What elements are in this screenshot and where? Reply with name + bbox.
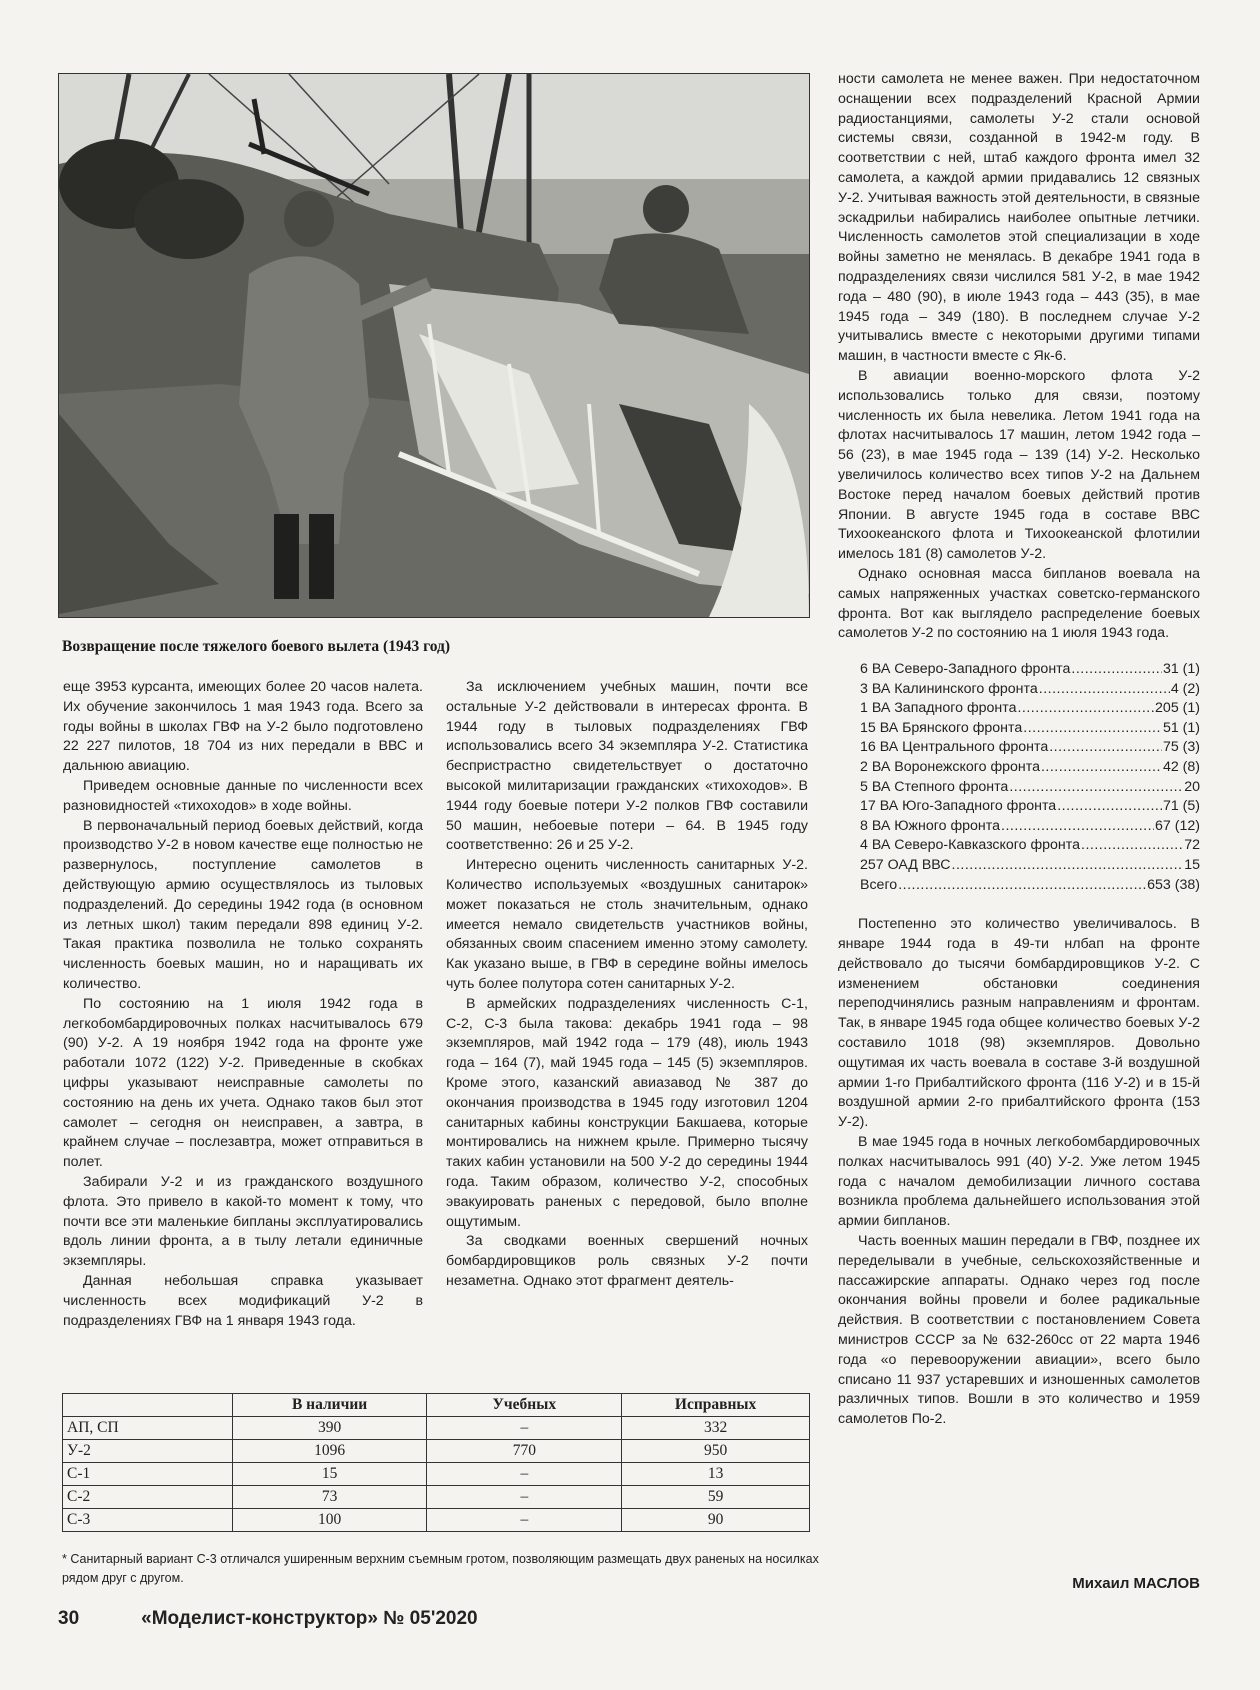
article-column-left: еще 3953 курсанта, имеющих более 20 часо… (63, 678, 423, 1331)
list-item: 6 ВА Северо-Западного фронта31 (1) (860, 660, 1200, 680)
table-cell: 332 (622, 1417, 810, 1440)
leader-dots (1081, 836, 1183, 856)
table-cell: – (427, 1417, 622, 1440)
unit-count: 20 (1184, 778, 1200, 798)
leader-dots (952, 856, 1184, 876)
paragraph: В мае 1945 года в ночных легкобомбардиро… (838, 1133, 1200, 1232)
table-cell: 100 (232, 1509, 427, 1532)
unit-count: 4 (2) (1171, 680, 1200, 700)
photo-caption: Возвращение после тяжелого боевого вылет… (62, 638, 450, 656)
unit-count: 67 (12) (1155, 817, 1200, 837)
unit-name: 8 ВА Южного фронта (860, 817, 1000, 837)
list-item: 1 ВА Западного фронта205 (1) (860, 699, 1200, 719)
article-column-middle: За исключением учебных машин, почти все … (446, 678, 808, 1292)
unit-name: 5 ВА Степного фронта (860, 778, 1008, 798)
list-item: 17 ВА Юго-Западного фронта71 (5) (860, 797, 1200, 817)
unit-name: 3 ВА Калининского фронта (860, 680, 1038, 700)
table-row: У-2 1096 770 950 (63, 1440, 810, 1463)
paragraph: За исключением учебных машин, почти все … (446, 678, 808, 856)
biplane-photo-illustration (59, 74, 809, 617)
page-number: 30 (58, 1608, 79, 1630)
list-item: 5 ВА Степного фронта20 (860, 778, 1200, 798)
page-footer: 30 «Моделист-конструктор» № 05'2020 (58, 1608, 478, 1630)
unit-name: 4 ВА Северо-Кавказского фронта (860, 836, 1080, 856)
table-cell: – (427, 1509, 622, 1532)
table-cell: 59 (622, 1486, 810, 1509)
author-signature: Михаил МАСЛОВ (1072, 1575, 1200, 1592)
leader-dots (898, 876, 1146, 896)
table-cell: 390 (232, 1417, 427, 1440)
publication-title: «Моделист-конструктор» № 05'2020 (141, 1608, 477, 1630)
table-cell: 770 (427, 1440, 622, 1463)
table-cell: У-2 (63, 1440, 233, 1463)
unit-name: Всего (860, 876, 897, 896)
leader-dots (1049, 738, 1162, 758)
list-item: 16 ВА Центрального фронта75 (3) (860, 738, 1200, 758)
paragraph: ности самолета не менее важен. При недос… (838, 70, 1200, 367)
gvf-aircraft-table: В наличии Учебных Исправных АП, СП 390 –… (62, 1393, 810, 1532)
paragraph: Приведем основные данные по численности … (63, 777, 423, 817)
list-item: 15 ВА Брянского фронта51 (1) (860, 719, 1200, 739)
unit-name: 16 ВА Центрального фронта (860, 738, 1048, 758)
unit-count: 205 (1) (1155, 699, 1200, 719)
unit-name: 257 ОАД ВВС (860, 856, 951, 876)
paragraph: В первоначальный период боевых действий,… (63, 817, 423, 995)
photo-biplane-crew (58, 73, 810, 618)
unit-count: 653 (38) (1147, 876, 1200, 896)
table-header (63, 1394, 233, 1417)
table-header: Учебных (427, 1394, 622, 1417)
table-cell: 73 (232, 1486, 427, 1509)
paragraph: Однако основная масса бипланов воевала н… (838, 565, 1200, 644)
list-item: 8 ВА Южного фронта67 (12) (860, 817, 1200, 837)
table-row: С-1 15 – 13 (63, 1463, 810, 1486)
paragraph: Постепенно это количество увеличивалось.… (838, 915, 1200, 1133)
unit-count: 75 (3) (1163, 738, 1200, 758)
unit-count: 51 (1) (1163, 719, 1200, 739)
table-cell: С-2 (63, 1486, 233, 1509)
unit-name: 17 ВА Юго-Западного фронта (860, 797, 1056, 817)
table-row: С-3 100 – 90 (63, 1509, 810, 1532)
paragraph: По состоянию на 1 июля 1942 года в легко… (63, 995, 423, 1173)
list-item-total: Всего653 (38) (860, 876, 1200, 896)
paragraph: Интересно оценить численность санитарных… (446, 856, 808, 995)
leader-dots (1057, 797, 1162, 817)
u2-distribution-list: 6 ВА Северо-Западного фронта31 (1) 3 ВА … (860, 660, 1200, 895)
paragraph: В армейских подразделениях численность С… (446, 995, 808, 1233)
table-row: АП, СП 390 – 332 (63, 1417, 810, 1440)
table-cell: 13 (622, 1463, 810, 1486)
table-cell: 1096 (232, 1440, 427, 1463)
table-header: Исправных (622, 1394, 810, 1417)
unit-count: 72 (1184, 836, 1200, 856)
table-header-row: В наличии Учебных Исправных (63, 1394, 810, 1417)
list-item: 3 ВА Калининского фронта4 (2) (860, 680, 1200, 700)
leader-dots (1017, 699, 1154, 719)
list-item: 4 ВА Северо-Кавказского фронта72 (860, 836, 1200, 856)
unit-count: 71 (5) (1163, 797, 1200, 817)
table-cell: 15 (232, 1463, 427, 1486)
table-cell: – (427, 1463, 622, 1486)
table-cell: С-3 (63, 1509, 233, 1532)
table-cell: 950 (622, 1440, 810, 1463)
unit-name: 15 ВА Брянского фронта (860, 719, 1022, 739)
leader-dots (1041, 758, 1162, 778)
paragraph: Часть военных машин передали в ГВФ, позд… (838, 1232, 1200, 1430)
table-cell: – (427, 1486, 622, 1509)
table-cell: АП, СП (63, 1417, 233, 1440)
list-item: 2 ВА Воронежского фронта42 (8) (860, 758, 1200, 778)
leader-dots (1023, 719, 1162, 739)
unit-count: 31 (1) (1163, 660, 1200, 680)
leader-dots (1071, 660, 1162, 680)
table-cell: 90 (622, 1509, 810, 1532)
table-footnote: * Санитарный вариант С-3 отличался ушире… (62, 1550, 822, 1588)
article-column-right: ности самолета не менее важен. При недос… (838, 70, 1200, 1430)
leader-dots (1039, 680, 1170, 700)
unit-name: 1 ВА Западного фронта (860, 699, 1016, 719)
table-header: В наличии (232, 1394, 427, 1417)
unit-count: 42 (8) (1163, 758, 1200, 778)
list-item: 257 ОАД ВВС15 (860, 856, 1200, 876)
table-cell: С-1 (63, 1463, 233, 1486)
unit-name: 2 ВА Воронежского фронта (860, 758, 1040, 778)
unit-count: 15 (1184, 856, 1200, 876)
paragraph: Забирали У-2 и из гражданского воздушног… (63, 1173, 423, 1272)
paragraph: За сводками военных свершений ночных бом… (446, 1232, 808, 1291)
leader-dots (1001, 817, 1154, 837)
paragraph: Данная небольшая справка указывает числе… (63, 1272, 423, 1331)
table-row: С-2 73 – 59 (63, 1486, 810, 1509)
paragraph: В авиации военно-морского флота У-2 испо… (838, 367, 1200, 565)
paragraph: еще 3953 курсанта, имеющих более 20 часо… (63, 678, 423, 777)
leader-dots (1009, 778, 1183, 798)
unit-name: 6 ВА Северо-Западного фронта (860, 660, 1070, 680)
